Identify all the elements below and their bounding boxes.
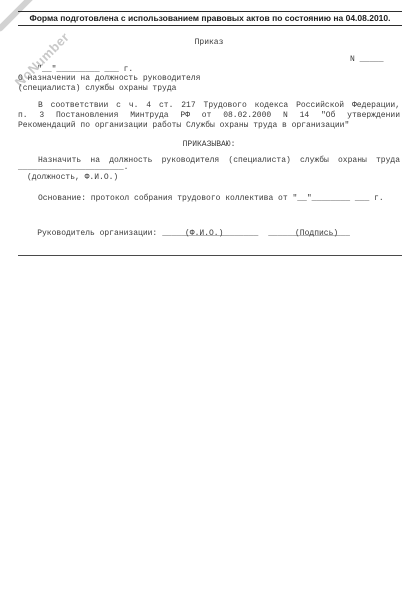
signature-fio-caption: (Ф.И.О.)	[185, 229, 223, 238]
subject-line-2: (специалиста) службы охраны труда	[18, 84, 400, 94]
directive-heading: ПРИКАЗЫВАЮ:	[18, 140, 400, 150]
order-blank-line: ______________________.	[18, 163, 400, 173]
basis-line: Основание: протокол собрания трудового к…	[18, 194, 400, 204]
subject-line-1: О назначении на должность руководителя	[18, 74, 400, 84]
signature-sign-caption: (Подпись)	[295, 229, 338, 238]
bottom-rule	[18, 255, 402, 256]
preamble-line-3: Рекомендаций по организации работы Служб…	[18, 121, 400, 131]
order-blank-caption: (должность, Ф.И.О.)	[27, 173, 118, 182]
signature-label: Руководитель организации:	[37, 229, 157, 238]
date-blank: "__"_________ ___ г.	[37, 65, 133, 74]
preamble-line-1: В соответствии с ч. 4 ст. 217 Трудового …	[18, 101, 400, 111]
number-blank: N _____	[350, 55, 384, 65]
document-page: NoNumber Форма подготовлена с использова…	[0, 0, 420, 600]
header-rule-bottom	[18, 25, 402, 26]
preamble-line-2: п. 3 Постановления Минтруда РФ от 08.02.…	[18, 111, 400, 121]
header-rule-top	[18, 11, 402, 12]
doc-title: Приказ	[18, 38, 400, 48]
header-notice: Форма подготовлена с использованием прав…	[18, 13, 402, 23]
